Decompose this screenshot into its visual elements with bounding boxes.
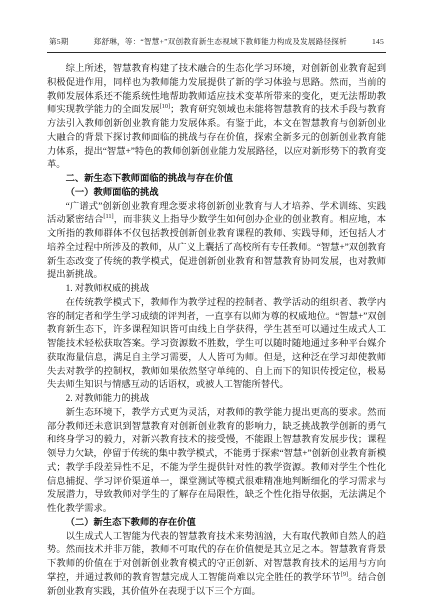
section-heading: 二、新生态下教师面临的挑战与存在价值 [47,173,386,187]
paragraph-text: 以生成式人工智能为代表的智慧教育技术来势汹汹，大有取代教师自然人的趋势。然而技术… [47,532,386,583]
citation-marker: [9] [341,571,348,578]
citation-marker: [10] [160,103,171,110]
running-title: 郑舒琳，等：“智慧+”双创教育新生态视域下教师能力构成及发展路径探析 [69,36,372,47]
paragraph-item2: 新生态环境下，教学方式更为灵活，对教师的教学能力提出更高的要求。然而部分教师还未… [47,407,386,517]
page-number: 145 [372,37,384,46]
paragraph-item1: 在传统教学模式下，教师作为教学过程的控制者、教学活动的组织者、教学内容的制定者和… [47,297,386,393]
paragraph-sub1: “广谱式”创新创业教育理念要求将创新创业教育与人才培养、学术训练、实践活动紧密结… [47,201,386,284]
numbered-heading-2: 2. 对教师能力的挑战 [47,393,386,407]
page-content-area: 第5期 郑舒琳，等：“智慧+”双创教育新生态视域下教师能力构成及发展路径探析 1… [47,36,386,599]
paragraph-intro: 综上所述，智慧教育构建了技术融合的生态化学习环境，对创新创业教育起到积极促进作用… [47,63,386,173]
subsection-heading-2: （二）新生态下教师的存在价值 [47,517,386,531]
citation-marker: [11] [103,213,113,220]
header-divider [47,52,386,53]
article-body: 综上所述，智慧教育构建了技术融合的生态化学习环境，对创新创业教育起到积极促进作用… [47,63,386,599]
paragraph-sub2: 以生成式人工智能为代表的智慧教育技术来势汹汹，大有取代教师自然人的趋势。然而技术… [47,531,386,600]
numbered-heading-1: 1. 对教师权威的挑战 [47,283,386,297]
subsection-heading-1: （一）教师面临的挑战 [47,187,386,201]
running-header: 第5期 郑舒琳，等：“智慧+”双创教育新生态视域下教师能力构成及发展路径探析 1… [47,36,386,47]
issue-label: 第5期 [49,36,69,47]
paper-page: 第5期 郑舒琳，等：“智慧+”双创教育新生态视域下教师能力构成及发展路径探析 1… [0,0,427,603]
